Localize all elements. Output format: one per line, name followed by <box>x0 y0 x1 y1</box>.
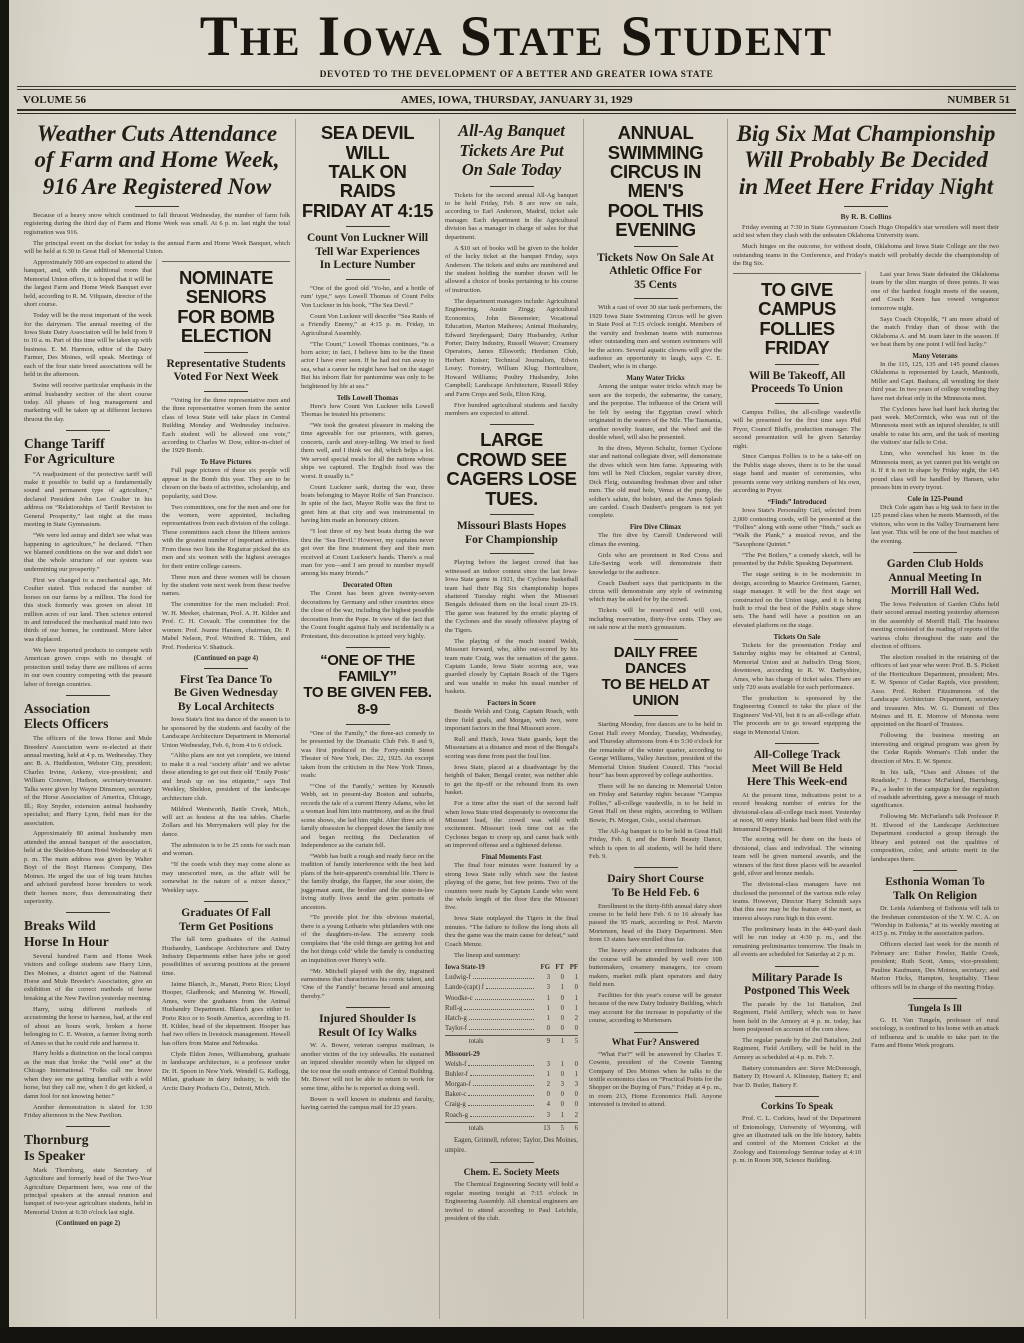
article-paragraph: Three men and three women will be chosen… <box>162 574 290 599</box>
article-paragraph: Last year Iowa State defeated the Oklaho… <box>871 271 999 313</box>
article-headline: Breaks Wild Horse In Hour <box>24 918 152 948</box>
article-divider <box>162 261 290 262</box>
article-headline: All-Ag Banquet Tickets Are Put On Sale T… <box>445 121 578 179</box>
article-paragraph: Approximately 80 animal husbandry men at… <box>24 830 152 906</box>
box-score-row: Lande-(capt) f310 <box>445 983 578 993</box>
article-divider <box>634 298 678 299</box>
column-6: TO GIVE CAMPUS FOLLIES FRIDAYWill Be Tak… <box>733 271 866 1319</box>
article-paragraph: The Count has been given twenty-seven de… <box>301 590 434 641</box>
box-score-officials: Eagen, Grinnell, referee; Taylor, Des Mo… <box>445 1136 578 1156</box>
article-divider <box>913 870 957 871</box>
article-divider <box>634 715 678 716</box>
article-paragraph: “We took the greatest pleasure in making… <box>301 422 434 481</box>
box-score-row: Baker-c000 <box>445 1090 578 1100</box>
article-paragraph: We have imported products to compete wit… <box>24 647 152 689</box>
article-paragraph: Count Von Luckner will describe “Sea Rai… <box>301 313 434 338</box>
dateline-bar: VOLUME 56 AMES, IOWA, THURSDAY, JANUARY … <box>9 90 1024 109</box>
article-paragraph: Beside Welsh and Craig, Captain Roach, w… <box>445 708 578 733</box>
scan-edge-left <box>0 0 9 1343</box>
section-subhead: “Finds” Introduced <box>733 498 861 506</box>
article-paragraph: Harry, using different methods of accust… <box>24 1006 152 1048</box>
article-divider <box>913 998 957 999</box>
column-4: All-Ag Banquet Tickets Are Put On Sale T… <box>440 119 584 1319</box>
article-subheadline: Representative Students Voted For Next W… <box>162 358 290 385</box>
column-3: SEA DEVIL WILL TALK ON RAIDS FRIDAY AT 4… <box>296 119 440 1319</box>
brief-headline: Tungela Is Ill <box>871 1004 999 1014</box>
article-paragraph: “The Count,” Lowell Thomas continues, “i… <box>301 341 434 392</box>
masthead-rule <box>17 109 1016 111</box>
article-divider <box>634 639 678 640</box>
article-paragraph: Prof. C. L. Corkins, head of the Departm… <box>733 1115 861 1166</box>
article-paragraph: Count Luckner sank, during the war, thre… <box>301 484 434 526</box>
article-paragraph: “What Fur?” will be answered by Charles … <box>589 1051 722 1110</box>
masthead-rule <box>17 86 1016 87</box>
article-divider <box>66 695 110 696</box>
article-paragraph: “The Pot Boilers,” a comedy sketch, will… <box>733 552 861 569</box>
dateline: AMES, IOWA, THURSDAY, JANUARY 31, 1929 <box>401 94 633 106</box>
article-paragraph: In the 115, 125, 135 and 145 pound class… <box>871 361 999 403</box>
box-score-row: Buhler-f101 <box>445 1070 578 1080</box>
article-subheadline: First Tea Dance To Be Given Wednesday By… <box>162 674 290 715</box>
article-paragraph: The All-Ag banquet is to be held in Grea… <box>589 828 722 862</box>
article-paragraph: Starting Monday, free dances are to be h… <box>589 721 722 780</box>
article-paragraph: Today will be the most important of the … <box>24 312 152 380</box>
article-paragraph: The Chemical Engineering Society will ho… <box>445 1181 578 1223</box>
article-divider <box>66 430 110 431</box>
section-subhead: Decorated Often <box>301 581 434 589</box>
article-paragraph: The officers of the Iowa Horse and Mule … <box>24 735 152 828</box>
section-subhead: Many Veterans <box>871 352 999 360</box>
article-paragraph: The parade by the 1st Battalion, 2nd Reg… <box>733 1001 861 1035</box>
article-divider <box>733 273 861 274</box>
article-paragraph: Approximately 500 are expected to attend… <box>24 259 152 310</box>
article-paragraph: Iowa State's first tea dance of the seas… <box>162 716 290 750</box>
article-paragraph: The admission is to be 25 cents for each… <box>162 842 290 859</box>
column-5: ANNUAL SWIMMING CIRCUS IN MEN'S POOL THI… <box>584 119 728 1319</box>
article-headline: DAILY FREE DANCES TO BE HELD AT UNION <box>589 645 722 710</box>
article-paragraph: Following the business meeting an intere… <box>871 732 999 766</box>
article-divider <box>346 724 390 725</box>
article-paragraph: Linn, who wrenched his knee in the Minne… <box>871 450 999 492</box>
box-score-row: Ludwig-f301 <box>445 973 578 983</box>
newspaper-title: The Iowa State Student <box>9 8 1024 66</box>
article-subheadline: Tickets Now On Sale At Athletic Office F… <box>589 252 722 293</box>
article-paragraph: The stage setting is to be modernistic i… <box>733 571 861 630</box>
article-paragraph: There will be no dancing in Memorial Uni… <box>589 783 722 825</box>
article-subheadline: Dairy Short Course To Be Held Feb. 6 <box>589 873 722 900</box>
article-paragraph: Since Campus Follies is to be a take-off… <box>733 453 861 495</box>
masthead-tagline: DEVOTED TO THE DEVELOPMENT OF A BETTER A… <box>9 70 1024 80</box>
article-divider <box>204 352 248 353</box>
box-score-row: Roach-g312 <box>445 1111 578 1121</box>
section-subhead: Final Moments Fast <box>445 853 578 861</box>
article-headline: TO GIVE CAMPUS FOLLIES FRIDAY <box>733 280 861 358</box>
article-divider <box>844 206 888 207</box>
article-paragraph: Here's how Count Von Luckner tells Lowel… <box>301 403 434 420</box>
article-paragraph: Battery commanders are: Steve McDonough,… <box>733 1065 861 1090</box>
brief-headline: What Fur? Answered <box>589 1038 722 1048</box>
article-divider <box>775 966 819 967</box>
article-headline: Weather Cuts Attendance of Farm and Home… <box>24 121 290 200</box>
article-paragraph: In his talk, “Uses and Abuses of the Roa… <box>871 769 999 811</box>
article-paragraph: The fire dive by Carroll Underwood will … <box>589 532 722 549</box>
article-paragraph: The divisional-class managers have not d… <box>733 881 861 923</box>
article-paragraph: Coach Daubert says that participants in … <box>589 580 722 605</box>
article-paragraph: Dick Cole again has a big task to face i… <box>871 504 999 546</box>
section-subhead: Tells Lowell Thomas <box>301 394 434 402</box>
article-paragraph: Two committees, one for the men and one … <box>162 504 290 572</box>
article-paragraph: “One of the good old ‘Yo-ho, and a bottl… <box>301 285 434 310</box>
article-paragraph: With a cast of over 30 star tank perform… <box>589 304 722 372</box>
article-paragraph: “I lost three of my best boats during th… <box>301 528 434 579</box>
article-paragraph: Facilities for this year's course will b… <box>589 992 722 1026</box>
article-paragraph: Clyde Eldon Jones, Williamsburg, graduat… <box>162 1051 290 1093</box>
article-paragraph: The Cyclones have had hard luck during t… <box>871 406 999 448</box>
article-paragraph: The production is sponsored by the Engin… <box>733 695 861 737</box>
article-paragraph: The regular parade by the 2nd Battalion,… <box>733 1037 861 1062</box>
article-paragraph: Tickets will be reserved and will cost, … <box>589 607 722 632</box>
column-group-wrestling: Big Six Mat Championship Will Probably B… <box>728 119 1004 1319</box>
column-split: Approximately 500 are expected to attend… <box>24 259 290 1319</box>
article-subheadline: Count Von Luckner Will Tell War Experien… <box>301 232 434 273</box>
article-paragraph: The heavy advance enrollment indicates t… <box>589 947 722 989</box>
article-divider <box>634 867 678 868</box>
section-subhead: Fire Dive Climax <box>589 523 722 531</box>
section-subhead: Many Water Tricks <box>589 374 722 382</box>
article-paragraph: Enrollment in the thirty-fifth annual da… <box>589 903 722 945</box>
article-paragraph: Says Coach Otopolik, “I am more afraid o… <box>871 316 999 350</box>
article-divider <box>204 901 248 902</box>
page-surface: The Iowa State Student DEVOTED TO THE DE… <box>9 0 1024 1327</box>
article-paragraph: “Altho plans are not yet complete, we in… <box>162 752 290 803</box>
article-headline: LARGE CROWD SEE CAGERS LOSE TUES. <box>445 430 578 508</box>
box-score-header: Iowa State-19FGFTPF <box>445 963 578 973</box>
brief-headline: Corkins To Speak <box>733 1102 861 1112</box>
article-divider <box>346 226 390 227</box>
article-paragraph: Several hundred Farm and Home Week visit… <box>24 953 152 1004</box>
article-paragraph: Iowa State, placed at a disadvantage by … <box>445 764 578 798</box>
article-paragraph: “One of the Family,” the three-act comed… <box>301 730 434 781</box>
article-paragraph: Swine will receive particular emphasis i… <box>24 382 152 424</box>
lead-story-farm-week: Weather Cuts Attendance of Farm and Home… <box>24 119 290 259</box>
article-divider <box>66 1126 110 1127</box>
article-paragraph: “Webb has built a rough and ready farce … <box>301 853 434 912</box>
article-subheadline: Garden Club Holds Annual Meeting In Morr… <box>871 558 999 599</box>
article-subheadline: All-College Track Meet Will Be Held Here… <box>733 749 861 790</box>
article-paragraph: “If the coeds wish they may come alone a… <box>162 861 290 895</box>
article-headline: Big Six Mat Championship Will Probably B… <box>733 121 999 200</box>
article-divider <box>346 647 390 648</box>
article-paragraph: Full page pictures of these six people w… <box>162 467 290 501</box>
article-paragraph: The final four minutes were featured by … <box>445 862 578 913</box>
article-paragraph: At the present time, indications point t… <box>733 792 861 834</box>
column-split: TO GIVE CAMPUS FOLLIES FRIDAYWill Be Tak… <box>733 271 999 1319</box>
article-paragraph: Tickets for the presentation Friday and … <box>733 642 861 693</box>
article-headline: Thornburg Is Speaker <box>24 1132 152 1162</box>
box-score-team: Missouri-29 <box>445 1050 578 1060</box>
article-paragraph: In the dives, Myron Schultz, former Cycl… <box>589 445 722 521</box>
continued-note: (Continued on page 2) <box>24 1220 152 1227</box>
section-subhead: To Have Pictures <box>162 458 290 466</box>
article-headline: NOMINATE SENIORS FOR BOMB ELECTION <box>162 268 290 346</box>
article-subheadline: Will Be Takeoff, All Proceeds To Union <box>733 370 861 397</box>
article-paragraph: “To provide plot for this obvious materi… <box>301 914 434 965</box>
article-subheadline: Injured Shoulder Is Result Of Icy Walks <box>301 1013 434 1040</box>
article-paragraph: The committee for the men included: Prof… <box>162 601 290 652</box>
box-score-row: Craig-g400 <box>445 1100 578 1110</box>
article-paragraph: Among the unique water tricks which may … <box>589 383 722 442</box>
box-score-row: Rull-g101 <box>445 1004 578 1014</box>
column-group-farm-week: Weather Cuts Attendance of Farm and Home… <box>19 119 296 1319</box>
box-score-table: Iowa State-19FGFTPFLudwig-f301Lande-(cap… <box>445 963 578 1156</box>
article-paragraph: Iowa State's Personality Girl, selected … <box>733 507 861 549</box>
article-divider <box>66 912 110 913</box>
article-headline: ANNUAL SWIMMING CIRCUS IN MEN'S POOL THI… <box>589 123 722 240</box>
article-paragraph: A $10 set of books will be given to the … <box>445 245 578 296</box>
article-subheadline: Military Parade Is Postponed This Week <box>733 972 861 999</box>
article-paragraph: First we changed to a mechanical age, Mr… <box>24 577 152 645</box>
article-paragraph: Tickets for the second annual All-Ag ban… <box>445 192 578 243</box>
newspaper-page: The Iowa State Student DEVOTED TO THE DE… <box>0 0 1024 1343</box>
article-paragraph: Another demonstration is slated for 1:30… <box>24 1104 152 1121</box>
article-paragraph: Mark Thornburg, state Secretary of Agric… <box>24 1167 152 1218</box>
article-paragraph: Mildred Wentworth, Battle Creek, Mich., … <box>162 806 290 840</box>
article-paragraph: G. H. Van Tungeln, professor of rural so… <box>871 1017 999 1051</box>
article-divider <box>346 279 390 280</box>
article-divider <box>490 514 534 515</box>
scan-edge-bottom <box>0 1327 1024 1343</box>
box-score-row: Morgan-f233 <box>445 1080 578 1090</box>
article-divider <box>204 668 248 669</box>
article-divider <box>634 1032 678 1033</box>
article-paragraph: Harry holds a distinction on the local c… <box>24 1050 152 1101</box>
article-subheadline: Esthonia Woman To Talk On Religion <box>871 876 999 903</box>
article-headline: SEA DEVIL WILL TALK ON RAIDS FRIDAY AT 4… <box>301 123 434 220</box>
article-paragraph: Jaime Blanch, Jr., Manati, Porto Rico; L… <box>162 981 290 1049</box>
article-paragraph: “We were led astray and didn't see what … <box>24 532 152 574</box>
article-paragraph: Bower is well known to students and facu… <box>301 1096 434 1113</box>
box-score-row: Welsh-f310 <box>445 1060 578 1070</box>
article-headline: Change Tariff For Agriculture <box>24 436 152 466</box>
article-divider <box>490 424 534 425</box>
article-paragraph: Rull and Hatch, Iowa State guards, kept … <box>445 736 578 761</box>
article-paragraph: The preliminary heats in the 440-yard da… <box>733 926 861 960</box>
section-subhead: Factors in Score <box>445 699 578 707</box>
article-paragraph: Officers elected last week for the month… <box>871 941 999 992</box>
article-subheadline: Graduates Of Fall Term Get Positions <box>162 907 290 934</box>
article-paragraph: Iowa State outplayed the Tigers in the f… <box>445 915 578 949</box>
article-divider <box>775 364 819 365</box>
article-divider <box>634 246 678 247</box>
article-paragraph: “Voting for the three representative men… <box>162 397 290 456</box>
article-divider <box>135 206 179 207</box>
article-byline: By R. B. Collins <box>733 212 999 221</box>
article-paragraph: W. A. Bower, veteran campus mailman, is … <box>301 1042 434 1093</box>
article-paragraph: The lineup and summary: <box>445 952 578 960</box>
article-paragraph: The Iowa Federation of Garden Clubs held… <box>871 601 999 652</box>
article-divider <box>775 743 819 744</box>
article-paragraph: Friday evening at 7:30 in State Gymnasiu… <box>733 224 999 241</box>
article-divider <box>204 391 248 392</box>
article-paragraph: For a time after the start of the second… <box>445 800 578 851</box>
article-paragraph: Five hundred agricultural students and f… <box>445 402 578 419</box>
article-paragraph: Much hinges on the outcome, for without … <box>733 243 999 268</box>
article-divider <box>490 186 534 187</box>
article-paragraph: The playing of the much touted Welsh, Mi… <box>445 638 578 697</box>
article-paragraph: The election resulted in the retaining o… <box>871 654 999 730</box>
column-2: NOMINATE SENIORS FOR BOMB ELECTIONRepres… <box>157 259 290 1319</box>
section-subhead: Tickets On Sale <box>733 633 861 641</box>
box-score-row: Taylor-f000 <box>445 1024 578 1034</box>
page-columns: Weather Cuts Attendance of Farm and Home… <box>9 114 1024 1319</box>
masthead: The Iowa State Student DEVOTED TO THE DE… <box>9 0 1024 114</box>
lead-story-wrestling: Big Six Mat Championship Will Probably B… <box>733 119 999 271</box>
continued-note: (Continued on page 4) <box>162 655 290 662</box>
article-headline: “ONE OF THE FAMILY” TO BE GIVEN FEB. 8-9 <box>301 653 434 718</box>
article-divider <box>775 1096 819 1097</box>
article-paragraph: The scoring will be done on the basis of… <box>733 836 861 878</box>
issue-number: NUMBER 51 <box>947 94 1010 106</box>
article-divider <box>913 552 957 553</box>
article-divider <box>775 403 819 404</box>
article-paragraph: Playing before the largest crowd that ha… <box>445 559 578 635</box>
article-paragraph: The department managers include: Agricul… <box>445 298 578 399</box>
article-headline: Association Elects Officers <box>24 701 152 731</box>
article-paragraph: The principal event on the docket for to… <box>24 240 290 257</box>
article-paragraph: Girls who are prominent in Red Cross and… <box>589 552 722 577</box>
column-1: Approximately 500 are expected to attend… <box>24 259 157 1319</box>
volume-label: VOLUME 56 <box>23 94 86 106</box>
section-subhead: Cole in 125-Pound <box>871 495 999 503</box>
box-score-totals: totals1356 <box>445 1122 578 1134</box>
article-paragraph: Following Mr. McFarland's talk Professor… <box>871 813 999 864</box>
box-score-row: Hatch-g102 <box>445 1014 578 1024</box>
article-divider <box>490 553 534 554</box>
article-subheadline: Missouri Blasts Hopes For Championship <box>445 520 578 547</box>
article-paragraph: Because of a heavy snow which continued … <box>24 212 290 237</box>
article-paragraph: “Mr. Mitchell played with the dry, ingra… <box>301 968 434 1002</box>
article-paragraph: Campus Follies, the all-college vaudevil… <box>733 409 861 451</box>
article-paragraph: “‘One of the Family,’ written by Kenneth… <box>301 783 434 851</box>
box-score-totals: totals915 <box>445 1035 578 1047</box>
article-paragraph: Dr. Leida Adamberg of Esthonia will talk… <box>871 905 999 939</box>
brief-headline: Chem. E. Society Meets <box>445 1168 578 1178</box>
box-score-row: Woodke-c101 <box>445 994 578 1004</box>
article-paragraph: The fall term graduates of the Animal Hu… <box>162 936 290 978</box>
article-paragraph: “A readjustment of the protective tariff… <box>24 471 152 530</box>
article-divider <box>490 1162 534 1163</box>
article-divider <box>346 1007 390 1008</box>
column-7: Last year Iowa State defeated the Oklaho… <box>866 271 999 1319</box>
